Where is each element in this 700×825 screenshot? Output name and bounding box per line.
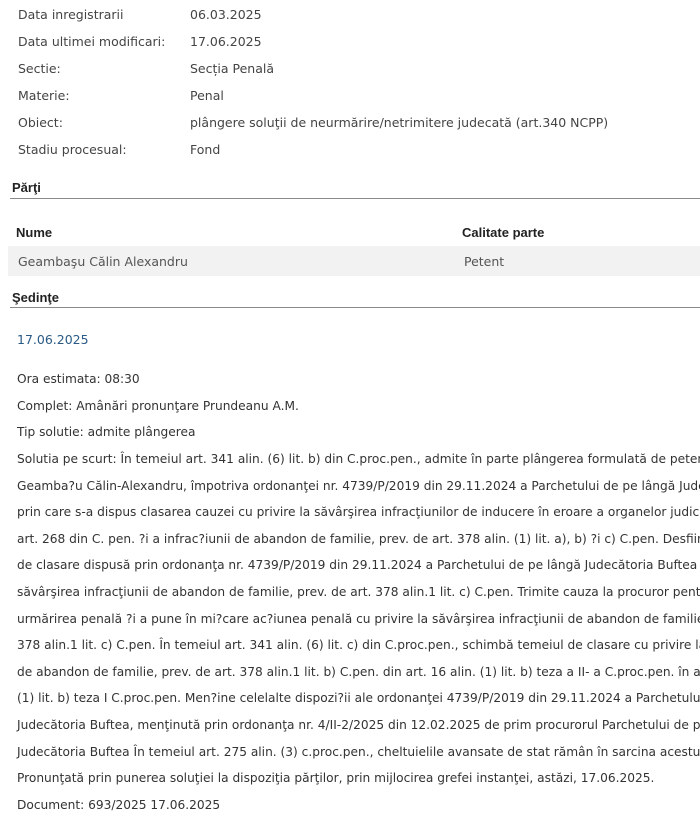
session-time: Ora estimata: 08:30 [17, 373, 697, 386]
table-row: Geambaşu Călin Alexandru Petent [8, 246, 700, 276]
session-details: Ora estimata: 08:30 Complet: Amânări pro… [17, 360, 697, 601]
detail-value: plângere soluţii de neurmărire/netrimite… [190, 115, 608, 130]
detail-label: Data inregistrarii [18, 7, 123, 22]
solution-line: art. 268 din C. pen. ?i a infrac?iunii d… [17, 533, 697, 546]
sessions-section-title: Şedinţe [12, 290, 59, 305]
detail-row-stage: Stadiu procesual: Fond [0, 142, 700, 162]
solution-line: de clasare dispusă prin ordonanţa nr. 47… [17, 559, 697, 572]
solution-line: Geamba?u Călin-Alexandru, împotriva ordo… [17, 480, 697, 493]
detail-label: Data ultimei modificari: [18, 34, 165, 49]
detail-value: Secția Penală [190, 61, 274, 76]
parties-section-title: Părţi [12, 180, 41, 195]
divider [10, 307, 700, 308]
detail-value: 17.06.2025 [190, 34, 262, 49]
column-header-role: Calitate parte [462, 225, 544, 240]
detail-value: Penal [190, 88, 224, 103]
session-date: 17.06.2025 [17, 332, 89, 347]
solution-line: săvârşirea infracţiunii de abandon de fa… [17, 586, 697, 599]
detail-label: Materie: [18, 88, 70, 103]
detail-label: Obiect: [18, 115, 63, 130]
detail-row-last-modified: Data ultimei modificari: 17.06.2025 [0, 34, 700, 54]
divider [10, 198, 700, 199]
session-panel: Complet: Amânări pronunţare Prundeanu A.… [17, 400, 697, 413]
detail-row-registration-date: Data inregistrarii 06.03.2025 [0, 7, 700, 27]
detail-value: 06.03.2025 [190, 7, 262, 22]
detail-row-section: Sectie: Secția Penală [0, 61, 700, 81]
detail-label: Stadiu procesual: [18, 142, 127, 157]
session-solution-type: Tip solutie: admite plângerea [17, 426, 697, 439]
party-role: Petent [464, 254, 504, 269]
detail-row-object: Obiect: plângere soluţii de neurmărire/n… [0, 115, 700, 135]
solution-line: Solutia pe scurt: În temeiul art. 341 al… [17, 453, 697, 466]
parties-table-header: Nume Calitate parte [0, 222, 700, 244]
party-name: Geambaşu Călin Alexandru [18, 254, 188, 269]
detail-value: Fond [190, 142, 220, 157]
solution-line: prin care s-a dispus clasarea cauzei cu … [17, 506, 697, 519]
column-header-name: Nume [16, 225, 52, 240]
detail-label: Sectie: [18, 61, 61, 76]
detail-row-matter: Materie: Penal [0, 88, 700, 108]
